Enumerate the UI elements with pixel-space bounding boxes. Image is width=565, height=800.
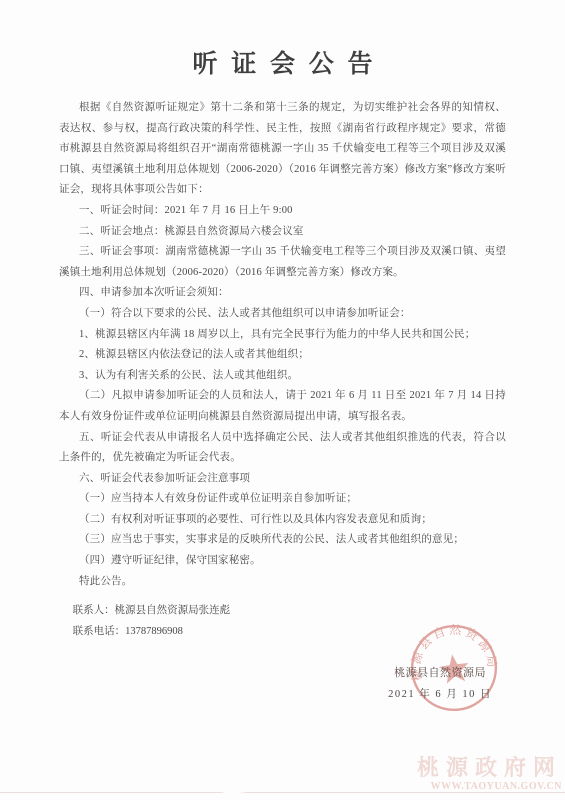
signature-org: 桃源县自然资源局 — [388, 663, 492, 684]
paragraph: 2、桃源县辖区内依法登记的法人或者其他组织； — [59, 345, 506, 366]
paragraph: 三、听证会事项：湖南常德桃源一字山 35 千伏输变电工程等三个项目涉及双溪口镇、… — [59, 242, 506, 283]
paragraph: 一、听证会时间：2021 年 7 月 16 日上午 9:00 — [59, 201, 506, 222]
signature-date: 2021 年 6 月 10 日 — [388, 684, 492, 705]
document-body: 根据《自然资源听证规定》第十二条和第十三条的规定，为切实维护社会各界的知情权、表… — [59, 98, 506, 592]
contact-person-line: 联系人：桃源县自然资源局张连彪 — [59, 601, 506, 622]
paragraph: （一）应当持本人有效身份证件或单位证明亲自参加听证； — [59, 489, 506, 510]
paragraph: 四、申请参加本次听证会须知： — [59, 283, 506, 304]
paragraph: （一）符合以下要求的公民、法人或者其他组织可以申请参加听证会： — [59, 304, 506, 325]
paragraph: （四）遵守听证纪律，保守国家秘密。 — [59, 551, 506, 572]
paragraph: （二）有权利对听证事项的必要性、可行性以及具体内容发表意见和质询； — [59, 510, 506, 531]
paragraph: （二）凡拟申请参加听证会的人员和法人，请于 2021 年 6 月 11 日至 2… — [59, 386, 506, 427]
paragraph: 3、认为有利害关系的公民、法人或其他组织。 — [59, 366, 506, 387]
site-watermark: 桃源政府网 WWW.TAOYUAN.GOV.CN — [417, 755, 562, 793]
paragraph: 五、听证会代表从申请报名人员中选择确定公民、法人或者其他组织推选的代表，符合以上… — [59, 428, 506, 469]
page-title: 听证会公告 — [0, 44, 565, 80]
paragraph: 根据《自然资源听证规定》第十二条和第十三条的规定，为切实维护社会各界的知情权、表… — [59, 98, 506, 201]
hearing-announcement-page: 听证会公告 根据《自然资源听证规定》第十二条和第十三条的规定，为切实维护社会各界… — [0, 0, 565, 800]
paragraph: 六、听证会代表参加听证会注意事项 — [59, 469, 506, 490]
paragraph: 1、桃源县辖区内年满 18 周岁以上，具有完全民事行为能力的中华人民共和国公民； — [59, 325, 506, 346]
signature-block: 桃源县自然资源局 2021 年 6 月 10 日 — [388, 663, 492, 705]
paragraph: （三）应当忠于事实，实事求是的反映所代表的公民、法人或者其他组织的意见； — [59, 530, 506, 551]
paragraph: 特此公告。 — [59, 572, 506, 593]
paragraph: 二、听证会地点：桃源县自然资源局六楼会议室 — [59, 222, 506, 243]
watermark-site-url: WWW.TAOYUAN.GOV.CN — [417, 781, 562, 793]
watermark-site-name: 桃源政府网 — [417, 755, 562, 781]
